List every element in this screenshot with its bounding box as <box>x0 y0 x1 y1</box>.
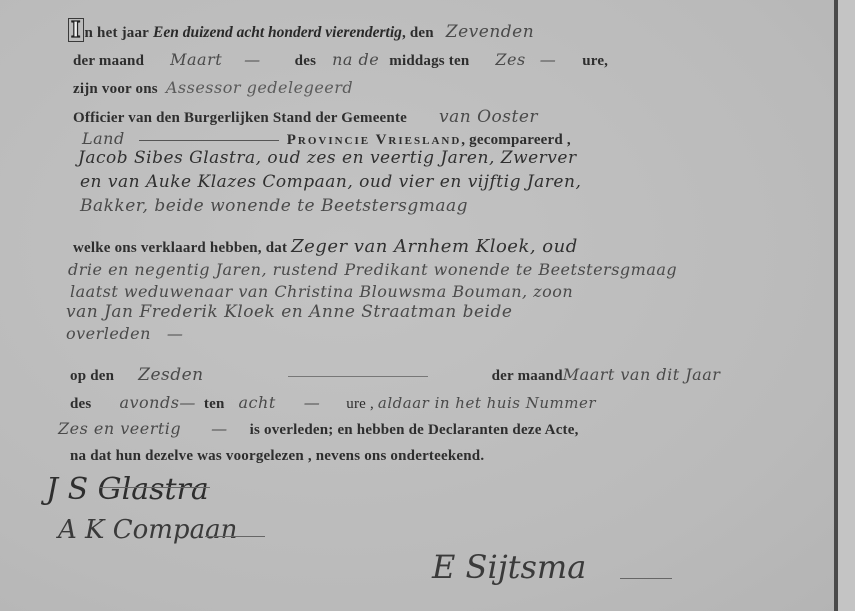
printed-text: der maand <box>492 368 563 384</box>
printed-text: is overleden; en hebben de Declaranten d… <box>250 422 579 438</box>
printed-text: welke ons verklaard hebben, dat <box>73 240 287 256</box>
line-2: der maand Maart — des na de middags ten … <box>73 50 608 70</box>
printed-text: ure, <box>582 53 608 69</box>
handwritten-month: Maart <box>170 50 222 69</box>
handwritten-text: overleden <box>66 324 151 343</box>
printed-province: Provincie Vriesland <box>287 132 462 148</box>
printed-text: des <box>295 53 316 69</box>
handwritten-municipality: van Ooster <box>439 107 538 127</box>
printed-text: des <box>70 396 91 412</box>
signature-compaan: A K Compaan <box>58 515 237 545</box>
fill-rule <box>288 376 428 377</box>
decorative-initial: I <box>68 18 84 42</box>
printed-text: na dat hun dezelve was voorgelezen , nev… <box>70 448 484 464</box>
handwritten-deceased-name: Zeger van Arnhem Kloek, oud <box>291 236 578 257</box>
line-1: In het jaar Een duizend acht honderd vie… <box>68 18 534 42</box>
line-6: Jacob Sibes Glastra, oud zes en veertig … <box>78 148 577 168</box>
line-4: Officier van den Burgerlijken Stand der … <box>73 107 538 127</box>
printed-text: der maand <box>73 53 144 69</box>
line-8: Bakker, beide wonende te Beetstersgmaag <box>80 196 468 216</box>
signature-flourish <box>205 536 265 537</box>
printed-text: ten <box>204 396 225 412</box>
dash: — <box>540 50 557 69</box>
printed-text: ure , <box>346 396 374 412</box>
handwritten-daypart: avonds <box>119 393 179 412</box>
handwritten-day: Zevenden <box>446 22 534 42</box>
handwritten-official: Assessor gedelegeerd <box>166 78 353 97</box>
printed-year: Een duizend acht honderd vierendertig <box>153 24 402 41</box>
line-11: laatst weduwenaar van Christina Blouwsma… <box>70 282 573 301</box>
line-7: en van Auke Klazes Compaan, oud vier en … <box>80 172 581 192</box>
handwritten-hour: acht <box>239 393 276 412</box>
signature-glastra: J S Glastra <box>46 472 209 507</box>
dash: — <box>167 324 184 343</box>
signature-flourish <box>620 578 672 579</box>
handwritten-house-number: Zes en veertig <box>58 419 181 438</box>
line-5: Land Provincie Vriesland, gecompareerd , <box>82 129 571 149</box>
handwritten-daypart: na de <box>332 50 379 69</box>
dash: — <box>179 393 196 412</box>
line-9: welke ons verklaard hebben, dat Zeger va… <box>73 236 578 257</box>
signature-sijtsma: E Sijtsma <box>432 548 586 586</box>
printed-text: n het jaar <box>85 25 150 41</box>
dash: — <box>211 419 228 438</box>
signature-flourish <box>100 487 210 488</box>
line-3: zijn voor ons Assessor gedelegeerd <box>73 78 353 98</box>
line-10: drie en negentig Jaren, rustend Predikan… <box>68 260 677 279</box>
dash: — <box>244 50 261 69</box>
line-13: overleden — <box>66 324 183 344</box>
line-12: van Jan Frederik Kloek en Anne Straatman… <box>66 302 512 322</box>
printed-text: middags ten <box>389 53 469 69</box>
handwritten-place: aldaar in het huis Nummer <box>378 394 596 412</box>
line-14: op den Zesden der maandMaart van dit Jaa… <box>70 365 720 385</box>
handwritten-hour: Zes <box>495 50 525 69</box>
line-15: des avonds— ten acht — ure , aldaar in h… <box>70 393 596 413</box>
handwritten-month: Maart van dit Jaar <box>563 365 721 384</box>
document-page: In het jaar Een duizend acht honderd vie… <box>0 0 855 611</box>
printed-text: , gecompareerd , <box>461 132 571 148</box>
dash: — <box>304 393 321 412</box>
line-17: na dat hun dezelve was voorgelezen , nev… <box>70 447 484 465</box>
printed-text: zijn voor ons <box>73 81 158 97</box>
printed-text: Officier van den Burgerlijken Stand der … <box>73 110 407 126</box>
line-16: Zes en veertig — is overleden; en hebben… <box>58 419 579 439</box>
fill-rule <box>139 140 279 141</box>
handwritten-municipality-cont: Land <box>82 129 125 148</box>
printed-text: op den <box>70 368 114 384</box>
page-margin <box>838 0 855 611</box>
handwritten-day: Zesden <box>138 365 204 385</box>
printed-text: , den <box>402 25 434 41</box>
